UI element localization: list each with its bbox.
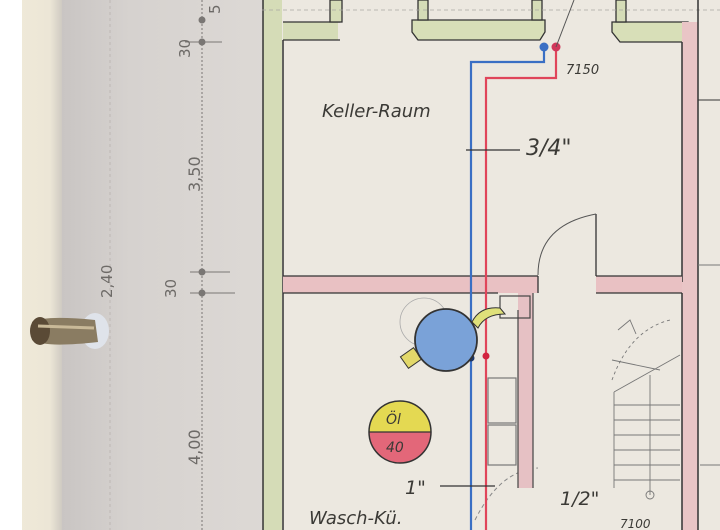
- elevation-lower: 7100: [620, 517, 651, 530]
- dim-label: 3,50: [185, 156, 204, 192]
- tank-label-bottom: 40: [386, 440, 404, 456]
- dim-label: 2,40: [98, 265, 116, 298]
- floor-plan: 5 30 3,50 30 2,40 4,00: [22, 0, 720, 530]
- pipe-size-lower-left: 1": [405, 477, 426, 499]
- dim-label: 30: [176, 39, 194, 58]
- room-label-waschkueche: Wasch-Kü.: [309, 508, 402, 529]
- dim-label: 5: [206, 4, 224, 14]
- dim-label: 4,00: [185, 429, 204, 465]
- outer-wall-left: [263, 0, 283, 530]
- binder-ring-icon: [30, 313, 109, 349]
- room-label-keller: Keller-Raum: [322, 101, 431, 122]
- dim-label: 30: [162, 279, 180, 298]
- elevation-upper: 7150: [566, 63, 599, 78]
- pipe-size-lower-right: 1/2": [560, 488, 599, 510]
- dimension-chain: [110, 0, 235, 530]
- pipe-size-upper: 3/4": [526, 136, 572, 161]
- tank-label-top: Öl: [386, 410, 401, 428]
- drawing-sheet: 5 30 3,50 30 2,40 4,00: [22, 0, 720, 530]
